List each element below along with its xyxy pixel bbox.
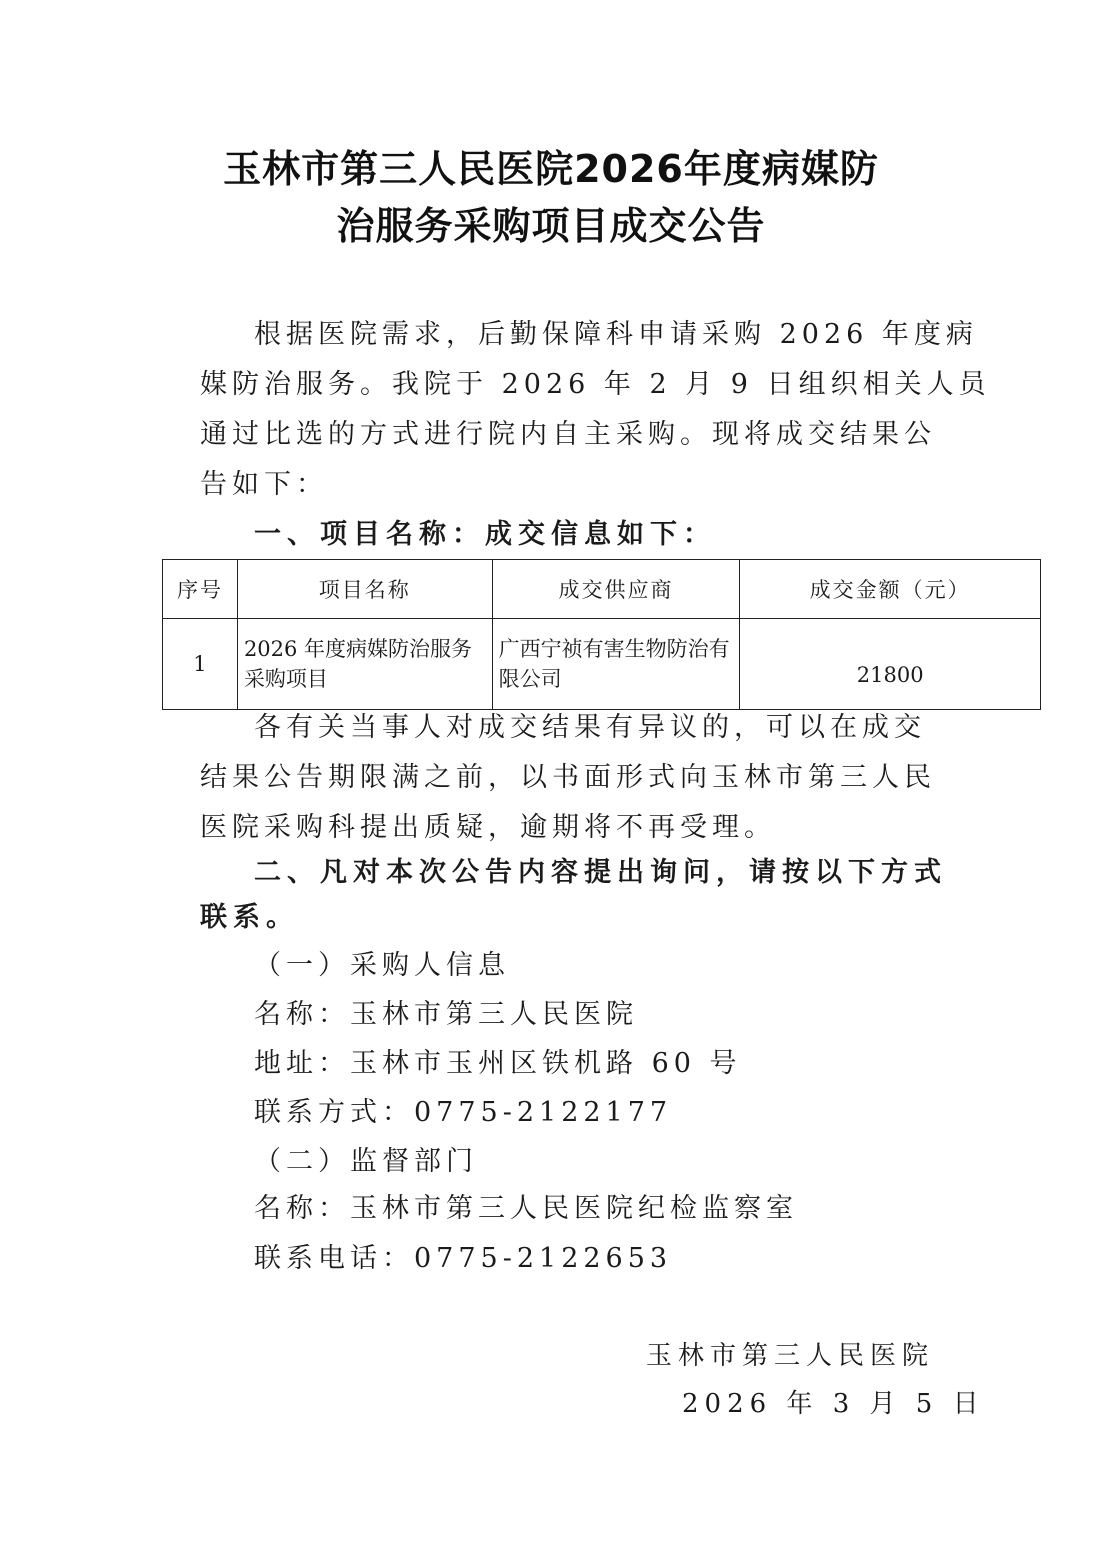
cell-amount: 21800 [740, 619, 1041, 710]
column-header-index: 序号 [163, 560, 238, 619]
section-1-heading: 一、项目名称：成交信息如下： [254, 512, 716, 551]
intro-paragraph-line: 根据医院需求，后勤保障科申请采购 2026 年度病 [254, 312, 978, 351]
cell-project-name: 2026 年度病媒防治服务采购项目 [237, 619, 492, 710]
cell-index: 1 [163, 619, 238, 710]
award-result-table: 序号 项目名称 成交供应商 成交金额（元） 1 2026 年度病媒防治服务采购项… [162, 559, 1041, 710]
intro-paragraph-line: 通过比选的方式进行院内自主采购。现将成交结果公 [200, 412, 936, 451]
purchaser-contact: 联系方式：0775-2122177 [254, 1090, 672, 1129]
supervisor-phone: 联系电话：0775-2122653 [254, 1236, 672, 1275]
table-header-row: 序号 项目名称 成交供应商 成交金额（元） [163, 560, 1041, 619]
purchaser-heading: （一）采购人信息 [254, 943, 510, 982]
cell-supplier: 广西宁祯有害生物防治有限公司 [492, 619, 740, 710]
signature-organization: 玉林市第三人民医院 [646, 1335, 934, 1372]
supervisor-name: 名称：玉林市第三人民医院纪检监察室 [254, 1186, 798, 1225]
intro-paragraph-line: 媒防治服务。我院于 2026 年 2 月 9 日组织相关人员 [200, 362, 991, 401]
column-header-supplier: 成交供应商 [492, 560, 740, 619]
intro-paragraph-line: 告如下： [200, 462, 328, 501]
section-2-heading-cont: 联系。 [200, 895, 299, 934]
section-2-heading: 二、凡对本次公告内容提出询问，请按以下方式 [254, 850, 947, 889]
objection-paragraph-line: 各有关当事人对成交结果有异议的，可以在成交 [254, 705, 926, 744]
document-title-line-1: 玉林市第三人民医院2026年度病媒防 [0, 138, 1102, 193]
objection-paragraph-line: 结果公告期限满之前，以书面形式向玉林市第三人民 [200, 755, 936, 794]
table-row: 1 2026 年度病媒防治服务采购项目 广西宁祯有害生物防治有限公司 21800 [163, 619, 1041, 710]
objection-paragraph-line: 医院采购科提出质疑，逾期将不再受理。 [200, 805, 776, 844]
document-title-line-2: 治服务采购项目成交公告 [0, 195, 1102, 250]
purchaser-name: 名称：玉林市第三人民医院 [254, 992, 638, 1031]
column-header-project-name: 项目名称 [237, 560, 492, 619]
purchaser-address: 地址：玉林市玉州区铁机路 60 号 [254, 1041, 742, 1080]
supervisor-heading: （二）监督部门 [254, 1139, 478, 1178]
column-header-amount: 成交金额（元） [740, 560, 1041, 619]
signature-date: 2026 年 3 月 5 日 [682, 1383, 985, 1420]
